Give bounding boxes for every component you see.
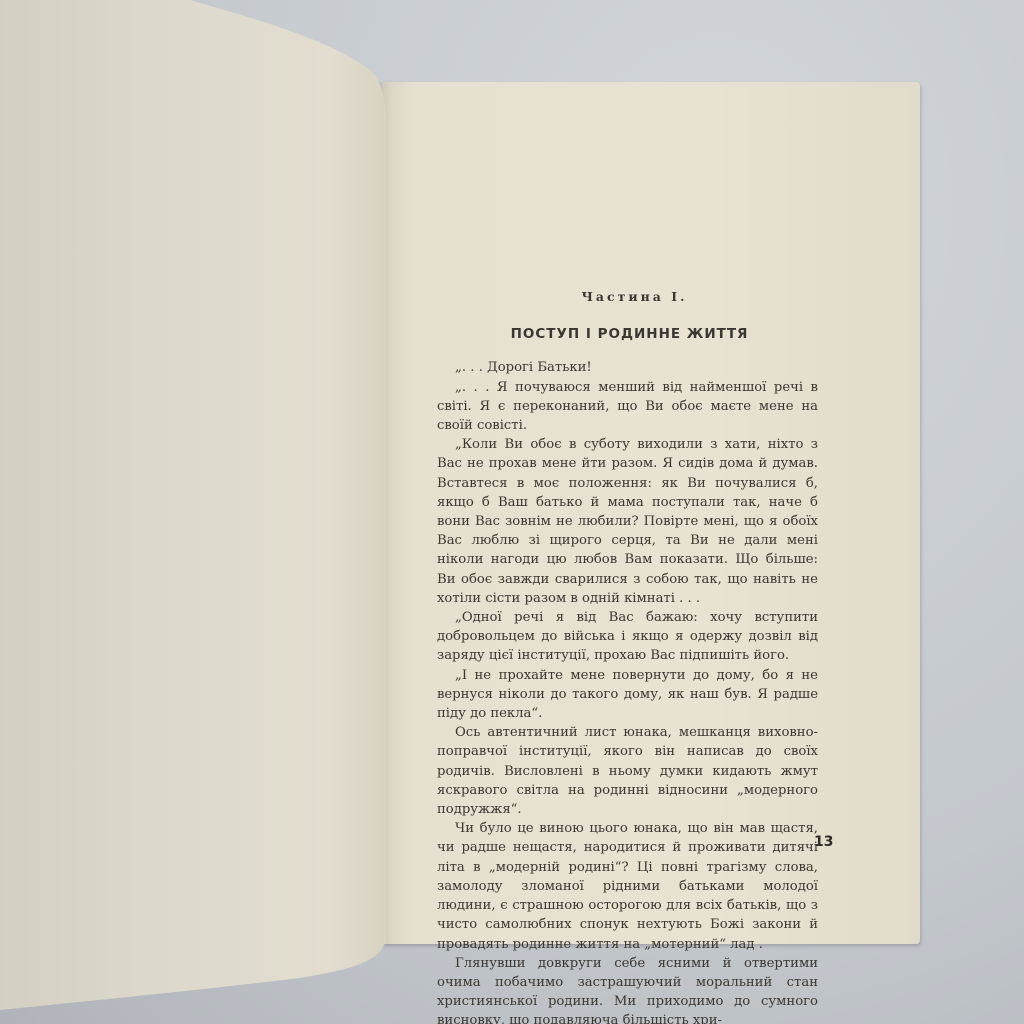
paragraph: „. . . Я почуваюся менший від найменшої … (437, 378, 818, 436)
left-book-page-blank (0, 0, 386, 1024)
page-text-block: Частина І. ПОСТУП І РОДИННЕ ЖИТТЯ „. . .… (437, 287, 818, 1024)
paragraph: „Коли Ви обоє в суботу виходили з хати, … (437, 435, 818, 608)
page-number: 13 (814, 834, 833, 850)
part-heading: Частина І. (437, 287, 818, 306)
chapter-title: ПОСТУП І РОДИННЕ ЖИТТЯ (437, 325, 818, 344)
paragraph: Чи було це виною цього юнака, що він мав… (437, 819, 818, 953)
paragraph: „І не прохайте мене повернути до дому, б… (437, 666, 818, 724)
paragraph: „. . . Дорогі Батьки! (437, 358, 818, 377)
paragraph: Ось автентичний лист юнака, мешканця вих… (437, 723, 818, 819)
paragraph: Глянувши довкруги себе ясними й отвертим… (437, 954, 818, 1024)
paragraph: „Одної речі я від Вас бажаю: хочу вступи… (437, 608, 818, 666)
